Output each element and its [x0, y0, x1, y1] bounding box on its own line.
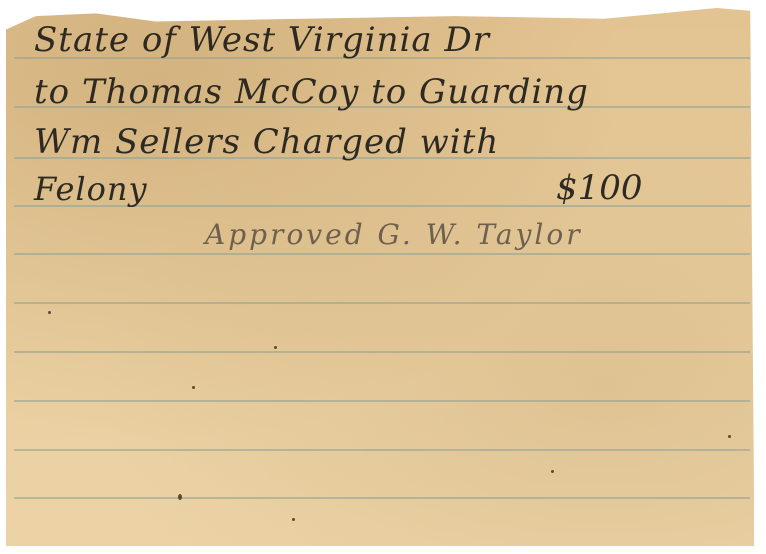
note-line-1: State of West Virginia Dr — [34, 20, 490, 60]
note-line-3: Wm Sellers Charged with — [34, 122, 499, 162]
paper-speck — [48, 311, 51, 314]
ruled-line — [14, 253, 750, 255]
paper-speck — [178, 494, 182, 500]
paper-speck — [728, 435, 731, 438]
ruled-line — [14, 449, 750, 451]
paper-speck — [274, 346, 277, 349]
signature: Approved G. W. Taylor — [205, 218, 583, 251]
ruled-line — [14, 497, 750, 499]
paper-speck — [292, 518, 295, 521]
note-line-2: to Thomas McCoy to Guarding — [34, 72, 589, 112]
note-line-4: Felony — [34, 170, 148, 208]
paper-speck — [192, 386, 195, 389]
amount: $100 — [556, 168, 643, 208]
ruled-line — [14, 400, 750, 402]
ruled-line — [14, 302, 750, 304]
ruled-line — [14, 351, 750, 353]
paper-speck — [551, 470, 554, 473]
